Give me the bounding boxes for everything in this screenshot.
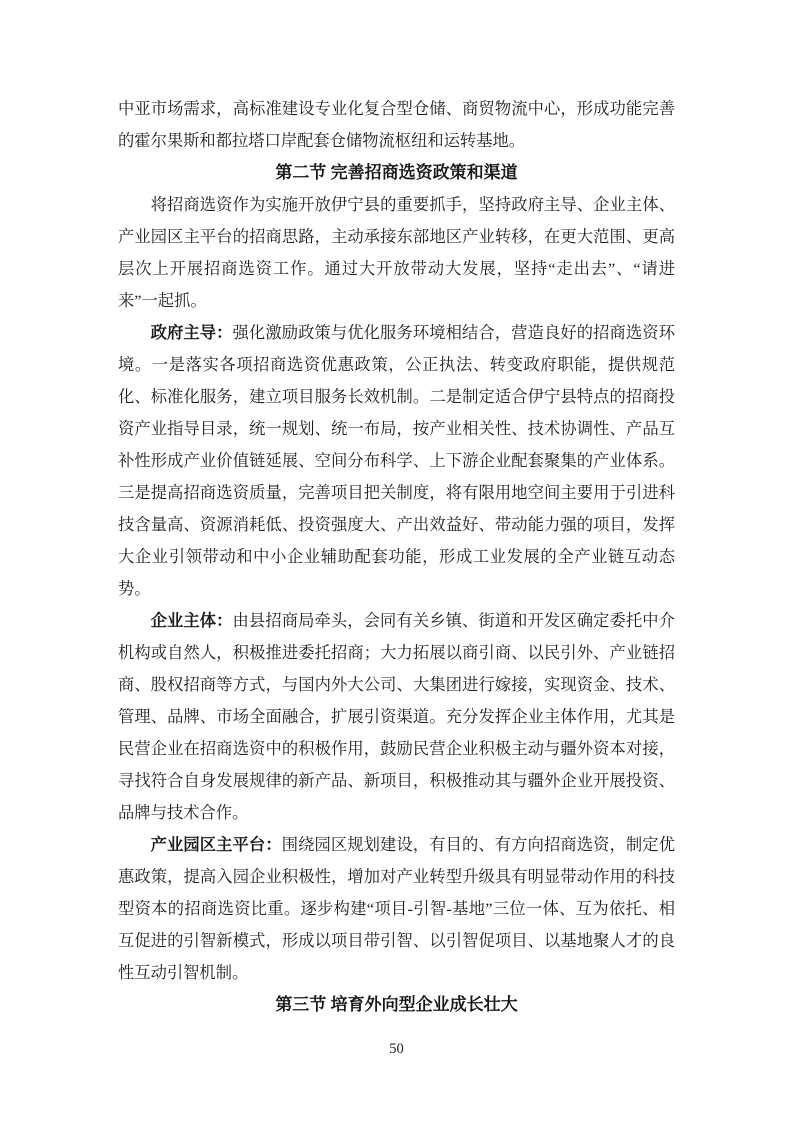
page-number: 50 [0, 1040, 793, 1058]
paragraph-body-park: 围绕园区规划建设，有目的、有方向招商选资，制定优惠政策，提高入园企业积极性，增加… [118, 835, 675, 982]
paragraph-enterprise-main: 企业主体：由县招商局牵头，会同有关乡镇、街道和开发区确定委托中介机构或自然人，积… [118, 605, 675, 829]
section-3-heading: 第三节 培育外向型企业成长壮大 [118, 989, 675, 1021]
paragraph-industrial-park: 产业园区主平台：围绕园区规划建设，有目的、有方向招商选资，制定优惠政策，提高入园… [118, 829, 675, 989]
paragraph-body-government: 强化激励政策与优化服务环境相结合，营造良好的招商选资环境。一是落实各项招商选资优… [118, 323, 675, 598]
paragraph-lead-government: 政府主导： [151, 323, 233, 342]
document-page: 中亚市场需求，高标准建设专业化复合型仓储、商贸物流中心，形成功能完善的霍尔果斯和… [0, 0, 793, 1122]
section-2-intro-paragraph: 将招商选资作为实施开放伊宁县的重要抓手，坚持政府主导、企业主体、产业园区主平台的… [118, 189, 675, 317]
section-2-heading: 第二节 完善招商选资政策和渠道 [118, 157, 675, 189]
paragraph-lead-enterprise: 企业主体： [151, 611, 233, 630]
paragraph-government-led: 政府主导：强化激励政策与优化服务环境相结合，营造良好的招商选资环境。一是落实各项… [118, 317, 675, 605]
document-body: 中亚市场需求，高标准建设专业化复合型仓储、商贸物流中心，形成功能完善的霍尔果斯和… [118, 93, 675, 1021]
paragraph-body-enterprise: 由县招商局牵头，会同有关乡镇、街道和开发区确定委托中介机构或自然人，积极推进委托… [118, 611, 675, 822]
paragraph-lead-park: 产业园区主平台： [151, 835, 282, 854]
paragraph-continuation: 中亚市场需求，高标准建设专业化复合型仓储、商贸物流中心，形成功能完善的霍尔果斯和… [118, 93, 675, 157]
